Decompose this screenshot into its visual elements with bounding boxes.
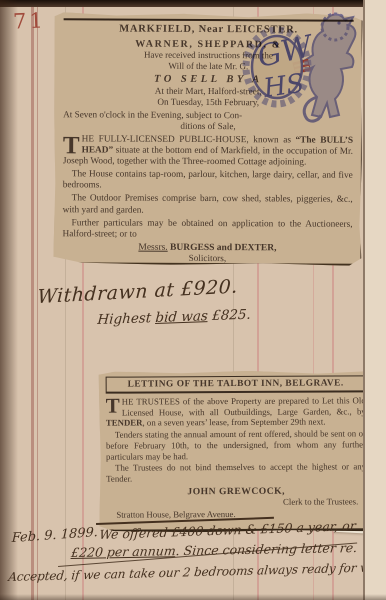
clipping1-paragraph-3: The Outdoor Premises comprise barn, cow … (63, 194, 353, 218)
clipping2-para1-rest: , on a seven years’ lease, from Septembe… (142, 417, 325, 428)
drop-cap: T (106, 397, 122, 416)
clipping1-signature-address: Berridge-street, Leicester. (62, 262, 352, 274)
page-bottom-shadow (0, 594, 386, 600)
note1-line2-b: bid was (155, 308, 209, 326)
clipping1-paragraph-4: Further particulars may be obtained on a… (62, 218, 352, 242)
note1-line2-a: Highest (97, 310, 156, 328)
clipping2-para1-tender: TENDER (106, 418, 143, 428)
handwritten-date: Feb. 9. 1899. (11, 525, 98, 546)
monogram-bottom: HS (261, 69, 306, 104)
clipping1-para1-text: HE FULLY-LICENSED PUBLIC-HOUSE, known as (82, 134, 296, 145)
handwritten-note-highest-bid: Highest bid was £825. (97, 307, 251, 328)
drop-cap: T (63, 134, 82, 156)
next-page-edge (363, 0, 386, 600)
clipping1-signature-names: BURGESS and DEXTER, (168, 243, 277, 254)
handwritten-note-withdrawn: Withdrawn at £920. (37, 275, 239, 308)
clipping1-paragraph-2: The House contains tap-room, parlour, ki… (63, 169, 353, 193)
clipping2-paragraph-1: THE TRUSTEES of the above Property are p… (106, 395, 366, 429)
clipping2-para1-text: HE TRUSTEES of the above Property are pr… (122, 395, 366, 417)
clipping2-headline: LETTING OF THE TALBOT INN, BELGRAVE. (106, 375, 366, 393)
page-number: 71 (13, 8, 47, 33)
clipping1-signature-messrs: Messrs. (138, 243, 167, 253)
newspaper-clipping-talbot-inn: LETTING OF THE TALBOT INN, BELGRAVE. THE… (99, 370, 374, 532)
book-gutter-shadow (0, 0, 18, 600)
clipping1-paragraph-1: THE FULLY-LICENSED PUBLIC-HOUSE, known a… (63, 134, 353, 169)
clipping1-instructions-line2: Will of the late Mr. G. (168, 61, 248, 71)
gwhs-society-stamp: GW HS (241, 4, 361, 126)
clipping2-paragraph-3: The Trustees do not bind themselves to a… (106, 462, 366, 485)
note1-line2-c: £825. (207, 307, 251, 325)
clipping2-paragraph-2: Tenders stating the annual amount of ren… (106, 428, 366, 462)
handwritten-offer-line2: £220 per annum. Since considering letter… (70, 540, 358, 560)
ledger-line (31, 0, 34, 600)
clipping2-signature-role: Clerk to the Trustees. (106, 496, 366, 507)
scrapbook-page: 71 MARKFIELD, Near LEICESTER. WARNER, SH… (0, 0, 386, 600)
